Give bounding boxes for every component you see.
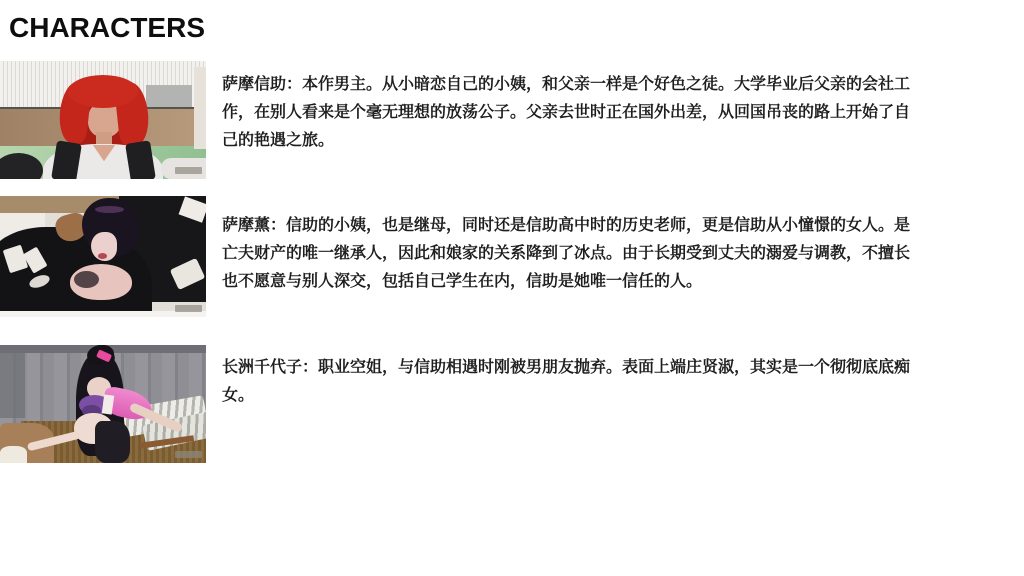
watermark: [175, 167, 202, 174]
watermark: [175, 305, 202, 312]
page-title: CHARACTERS: [9, 12, 205, 44]
character-portrait-2: [0, 196, 206, 317]
character-portrait-1: [0, 61, 206, 179]
character-portrait-3: [0, 345, 206, 463]
character-description-2: 萨摩薰：信助的小姨，也是继母，同时还是信助高中时的历史老师，更是信助从小憧憬的女…: [222, 212, 910, 296]
character-description-1: 萨摩信助：本作男主。从小暗恋自己的小姨，和父亲一样是个好色之徒。大学毕业后父亲的…: [222, 71, 910, 155]
characters-page: CHARACTERS 萨摩信助：本作男主。从小暗恋自己的小姨，和父亲一样是个好色…: [0, 0, 1024, 576]
watermark: [175, 451, 202, 458]
character-description-3: 长洲千代子：职业空姐，与信助相遇时刚被男朋友抛弃。表面上端庄贤淑，其实是一个彻彻…: [222, 354, 910, 410]
